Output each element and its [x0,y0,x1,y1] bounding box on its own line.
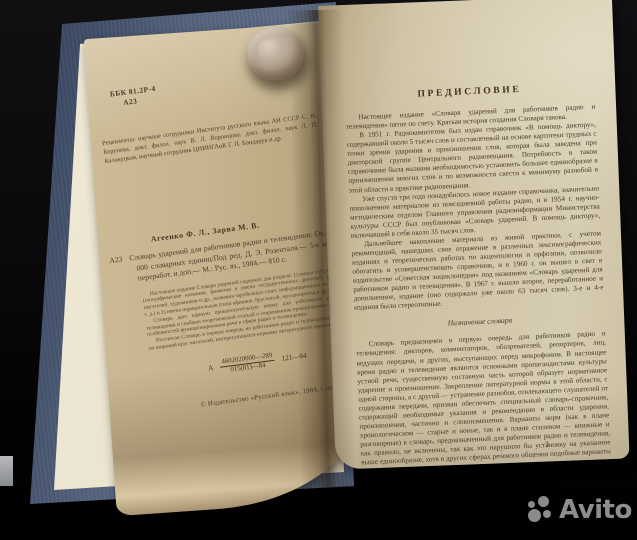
preface-paragraph: Словарь предназначен в первую очередь дл… [356,330,612,470]
book-photo-scene: ББК 81.2Р-4 А23 Рецензенты: научные сотр… [0,0,637,540]
preface-content: ПРЕДИСЛОВИЕ Настоящее издание «Словаря у… [318,0,630,470]
catalog-code: А23 [109,254,130,266]
code-fraction: 4602020000—289 015(01)—84 [219,352,276,376]
code-prefix: А [208,364,214,373]
preface-paragraph: В 1951 г. Радиокомитетом был издан справ… [346,121,599,196]
avito-watermark: Avito [527,496,632,523]
page-number: 3 [545,439,549,448]
avito-watermark-label: Avito [559,497,632,523]
preface-paragraph: Дальнейшее накопление материала из живой… [351,229,604,313]
table-edge-highlight [0,456,13,486]
section-subheading: Назначение словаря [355,312,605,332]
avito-logo-icon [527,496,554,523]
code-suffix: 121—84 [281,352,307,363]
preface-heading: ПРЕДИСЛОВИЕ [344,81,594,103]
preface-page: ПРЕДИСЛОВИЕ Настоящее издание «Словаря у… [318,0,630,470]
reviewers-note: Рецензенты: научные сотрудники Института… [102,112,320,166]
thumb-holding-pages [247,27,304,80]
